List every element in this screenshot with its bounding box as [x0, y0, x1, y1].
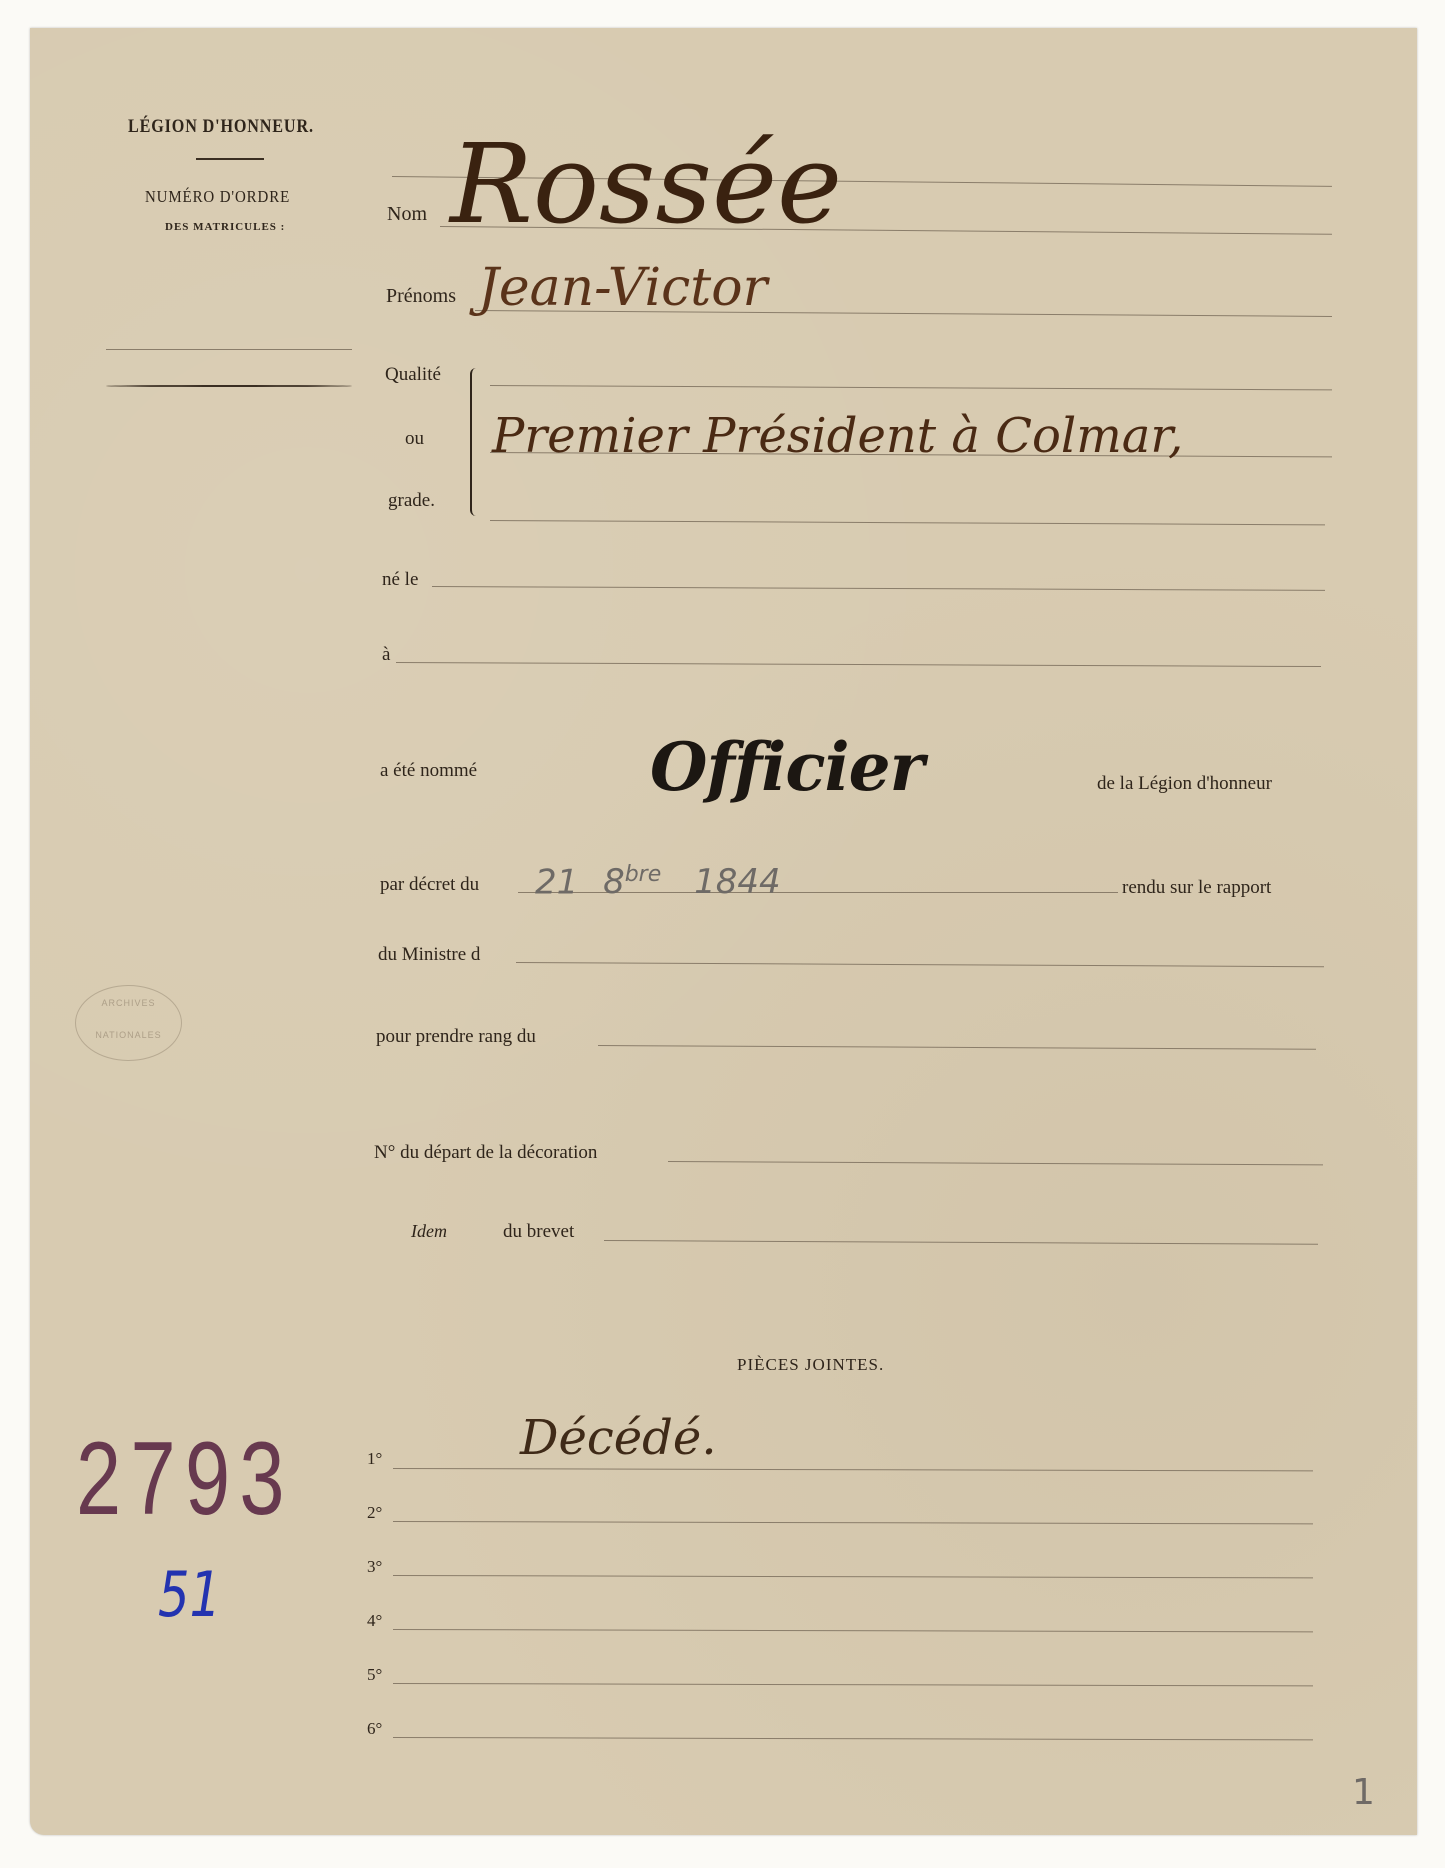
rang-label: pour prendre rang du [376, 1026, 536, 1048]
decret-month-sup: bre [625, 862, 662, 887]
decret-date-value: 21 8bre 1844 [535, 862, 781, 902]
officier-grade-title: Officier [650, 728, 923, 806]
stamp-line-2: NATIONALES [76, 1030, 181, 1040]
page-number: 1 [1352, 1772, 1375, 1813]
piece-1-value: Décédé. [520, 1410, 717, 1466]
qualite-label: Qualité [385, 364, 441, 386]
handwritten-blue-number: 51 [158, 1558, 221, 1631]
piece-2-label: 2° [367, 1503, 382, 1523]
ministre-label: du Ministre d [378, 944, 480, 966]
prenoms-value: Jean-Victor [478, 258, 767, 318]
heading-short-rule [196, 158, 264, 160]
decret-year: 1844 [694, 862, 781, 902]
ne-le-label: né le [382, 569, 418, 591]
rendu-rapport-label: rendu sur le rapport [1122, 877, 1271, 899]
piece-6-label: 6° [367, 1719, 382, 1739]
numero-ordre-label: NUMÉRO D'ORDRE [145, 187, 290, 207]
decret-month: 8 [603, 862, 625, 902]
decorative-flourish-rule [106, 385, 352, 387]
legion-honneur-heading: LÉGION D'HONNEUR. [128, 116, 314, 138]
piece-4-label: 4° [367, 1611, 382, 1631]
piece-1-label: 1° [367, 1449, 382, 1469]
qualite-brace [470, 368, 480, 516]
piece-3-label: 3° [367, 1557, 382, 1577]
grade-label: grade. [388, 490, 435, 512]
matricule-stamp-number: 2793 [76, 1420, 294, 1539]
stamp-line-1: ARCHIVES [76, 998, 181, 1008]
brevet-label: du brevet [503, 1221, 574, 1243]
a-ete-nomme-label: a été nommé [380, 760, 477, 782]
par-decret-label: par décret du [380, 874, 479, 896]
decret-day: 21 [535, 862, 578, 902]
a-label: à [382, 644, 390, 666]
depart-label: N° du départ de la décoration [374, 1142, 597, 1164]
pieces-jointes-heading: PIÈCES JOINTES. [737, 1355, 884, 1375]
nom-value: Rossée [450, 120, 842, 248]
prenoms-label: Prénoms [386, 285, 456, 308]
ou-label: ou [405, 428, 424, 450]
idem-label: Idem [411, 1221, 447, 1242]
nom-label: Nom [387, 203, 427, 226]
piece-5-label: 5° [367, 1665, 382, 1685]
archives-nationales-stamp: ARCHIVES NATIONALES [75, 985, 182, 1061]
matricules-label: DES MATRICULES : [165, 221, 285, 233]
legion-honneur-suffix: de la Légion d'honneur [1097, 773, 1272, 795]
qualite-value: Premier Président à Colmar, [492, 408, 1183, 464]
matricule-number-line [106, 349, 352, 350]
